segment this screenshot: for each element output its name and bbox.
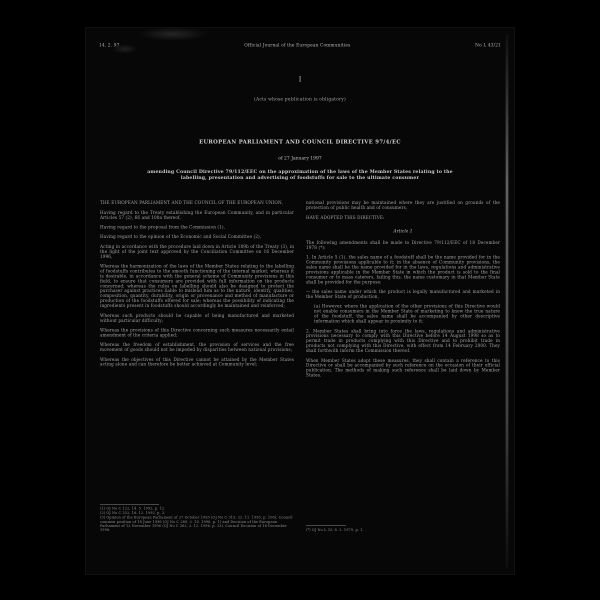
amendment-dash-item: — the sales name under which the product…	[306, 290, 500, 300]
footnote-rule	[306, 525, 346, 526]
footnote-block-left: (1) OJ No C 122, 14. 5. 1992, p. 12. (2)…	[100, 504, 294, 533]
scan-noise-artifact	[112, 44, 138, 54]
recital-paragraph: Whereas the provisions of this Directive…	[100, 328, 294, 338]
amendment-point-2: 2. Member States shall bring into force …	[306, 329, 500, 354]
header-journal-title: Official Journal of the European Communi…	[244, 43, 350, 48]
body-columns: THE EUROPEAN PARLIAMENT AND THE COUNCIL …	[86, 201, 514, 533]
amendment-quoted-point: (a) However, where the application of th…	[306, 304, 500, 324]
left-column: THE EUROPEAN PARLIAMENT AND THE COUNCIL …	[100, 201, 294, 533]
recital-paragraph: Whereas such products should be capable …	[100, 313, 294, 323]
scanned-document-page: 14. 2. 97 Official Journal of the Europe…	[86, 28, 514, 574]
recital-paragraph: Whereas the objectives of this Directive…	[100, 357, 294, 367]
screenshot-canvas: 14. 2. 97 Official Journal of the Europe…	[0, 0, 600, 600]
header-page-number: No L 43/21	[475, 43, 501, 48]
citation-treaty: Having regard to the Treaty establishing…	[100, 210, 294, 220]
section-note: (Acts whose publication is obligatory)	[86, 97, 514, 102]
recital-paragraph: Whereas the freedom of establishment, th…	[100, 343, 294, 353]
recital-paragraph: Whereas the harmonization of the laws of…	[100, 264, 294, 309]
directive-title: EUROPEAN PARLIAMENT AND COUNCIL DIRECTIV…	[106, 139, 494, 145]
footnote: (3) Opinion of the European Parliament o…	[100, 516, 294, 532]
footnote-rule	[100, 504, 159, 505]
preamble-parties: THE EUROPEAN PARLIAMENT AND THE COUNCIL …	[100, 201, 294, 206]
footnote: (1) OJ No C 122, 14. 5. 1992, p. 12.	[100, 506, 294, 510]
amendment-point-1: 1. In Article 5 (1), the sales name of a…	[306, 255, 500, 285]
footnote: (2) OJ No C 332, 16. 12. 1992, p. 3.	[100, 511, 294, 515]
right-column: national provisions may be maintained wh…	[306, 201, 500, 533]
footnote-block-right: (*) OJ No L 33, 8. 2. 1979, p. 1.	[306, 525, 500, 532]
enacting-formula: HAVE ADOPTED THIS DIRECTIVE:	[306, 215, 500, 220]
citation-esc-opinion: Having regard to the opinion of the Econ…	[100, 235, 294, 240]
footnote: (*) OJ No L 33, 8. 2. 1979, p. 1.	[306, 528, 500, 532]
recital-continuation: national provisions may be maintained wh…	[306, 201, 500, 211]
citation-commission-proposal: Having regard to the proposal from the C…	[100, 225, 294, 230]
directive-date: of 27 January 1997	[86, 156, 514, 161]
article-1-heading: Article 1	[306, 229, 500, 234]
directive-subtitle: amending Council Directive 79/112/EEC on…	[138, 169, 463, 181]
scan-noise-artifact	[138, 27, 208, 41]
amendment-intro: The following amendments shall be made t…	[306, 240, 500, 250]
section-numeral: I	[86, 76, 514, 83]
citation-procedure: Acting in accordance with the procedure …	[100, 244, 294, 259]
scan-edge-glare-artifact	[506, 34, 508, 568]
closing-paragraph: When Member States adopt these measures,…	[306, 358, 500, 378]
